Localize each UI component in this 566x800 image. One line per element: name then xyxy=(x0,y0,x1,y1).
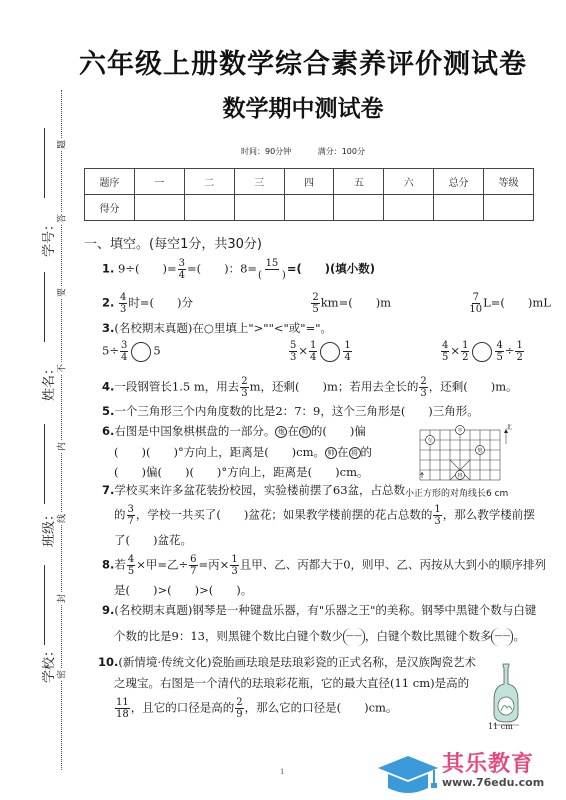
numerator: 3 xyxy=(127,504,135,516)
name-line[interactable] xyxy=(44,272,45,342)
q1-text: =( )(填小数) xyxy=(287,262,375,276)
q5-text: 一个三角形三个内角度数的比是2：7：9，这个三角形是( )三角形。 xyxy=(114,404,478,418)
denominator: 5 xyxy=(442,352,448,363)
compare-circle[interactable] xyxy=(472,342,492,362)
q8-text: ×甲=乙÷ xyxy=(136,558,188,572)
numerator: 3 xyxy=(178,258,186,270)
header-cell: 五 xyxy=(334,169,384,195)
question-5: 5.一个三角形三个内角度数的比是2：7：9，这个三角形是( )三角形。 xyxy=(102,405,479,419)
chess-piece-icon: 帅 xyxy=(299,426,311,438)
denominator: 3 xyxy=(120,304,126,315)
header-cell: 三 xyxy=(234,169,284,195)
question-3-expressions: 5÷345 53×1414 45×1245÷12 xyxy=(102,340,525,363)
exam-time: 时间：90分钟 xyxy=(241,147,291,156)
q9-text: 个数的比是9：13，则黑键个数比白键个数少 xyxy=(114,629,343,643)
q6-text: ( )( )°方向上，距离是( )cm。 xyxy=(114,445,325,459)
fraction: 23 xyxy=(419,376,427,399)
denominator: 4 xyxy=(310,352,316,363)
vase-diameter-label: 11 cm xyxy=(488,722,513,731)
denominator: 3 xyxy=(241,388,247,399)
question-number: 8. xyxy=(102,558,114,572)
student-id-line[interactable] xyxy=(44,128,45,198)
denominator: 5 xyxy=(496,352,502,363)
denominator: 5 xyxy=(128,566,134,577)
header-cell: 一 xyxy=(134,169,184,195)
q2-text: km=( )m xyxy=(321,296,391,310)
fraction: 13 xyxy=(230,554,238,577)
school-label: 学校： xyxy=(38,644,57,683)
expr: 5÷ xyxy=(102,344,119,358)
q10-text: ，那么它的口径是( )cm。 xyxy=(245,701,398,715)
header-cell: 题序 xyxy=(85,169,135,195)
fraction: 14 xyxy=(343,340,351,363)
numerator: 4 xyxy=(495,340,503,352)
q7-text: ，学校一共买了( )盆花；如果教学楼前摆的花占总数的 xyxy=(136,508,432,522)
denominator: 4 xyxy=(344,352,350,363)
q9-text: 。 xyxy=(513,629,525,643)
fraction: 45 xyxy=(495,340,503,363)
question-number: 10. xyxy=(98,655,118,669)
numerator: 1 xyxy=(309,340,317,352)
numerator: 2 xyxy=(419,376,427,388)
numerator: 4 xyxy=(119,292,127,304)
numerator: 4 xyxy=(441,340,449,352)
question-6-line1: 6.右图是中国象棋棋盘的一部分。炮在帅的( )偏 xyxy=(102,425,366,439)
numerator: 1 xyxy=(433,504,441,516)
q4-text: m，还剩( )m；若用去全长的 xyxy=(250,380,419,394)
q8-text: 若 xyxy=(114,558,126,572)
question-6-line2: ( )( )°方向上，距离是( )cm。帅在将的 xyxy=(114,446,372,460)
question-7-line1: 7.学校买来许多盆花装扮校园，实验楼前摆了63盆，占总数 xyxy=(102,484,405,498)
denominator: 3 xyxy=(231,566,237,577)
watermark-url: www.76edu.com xyxy=(442,776,544,789)
fraction: 14 xyxy=(309,340,317,363)
denominator: 3 xyxy=(420,388,426,399)
q3-text: (名校期末真题)在○里填上">""<"或"="。 xyxy=(114,321,332,335)
page-number: 1 xyxy=(280,768,284,776)
operator: × xyxy=(450,344,460,358)
margin-char: 要 xyxy=(55,287,68,299)
answer-fraction-box[interactable]: —— xyxy=(343,628,365,646)
fraction: 37 xyxy=(127,504,135,527)
q2-text: 时=( )分 xyxy=(128,296,193,310)
chess-piece-pao: 炮 xyxy=(477,447,482,454)
score-cell[interactable] xyxy=(334,195,384,221)
numerator: 2 xyxy=(311,292,319,304)
fraction: 23 xyxy=(240,376,248,399)
q7-text: ，那么教学楼前摆 xyxy=(443,508,535,522)
denominator: 4 xyxy=(179,270,185,281)
question-2: 2. 43时=( )分 25km=( )m 710L=( )mL xyxy=(102,292,532,315)
q9-text: ，白键个数比黑键个数多 xyxy=(365,629,492,643)
score-cell[interactable] xyxy=(484,195,534,221)
fraction: 710 xyxy=(469,292,482,315)
numerator: 7 xyxy=(472,292,480,304)
question-10-line3: 1118，且它的口径是高的29，那么它的口径是( )cm。 xyxy=(114,697,397,720)
denominator: 5 xyxy=(312,304,318,315)
question-number: 5. xyxy=(102,404,114,418)
question-number: 4. xyxy=(102,380,114,394)
margin-char: 封 xyxy=(55,593,68,605)
header-cell: 二 xyxy=(184,169,234,195)
numerator: 6 xyxy=(189,554,197,566)
q10-text: 之瑰宝。右图是一个清代的珐琅彩花瓶，它的最大直径(11 cm)是高的 xyxy=(114,676,469,690)
denominator: 2 xyxy=(462,352,468,363)
question-number: 2. xyxy=(102,296,114,310)
section-heading: 一、填空。(每空1分，共30分) xyxy=(84,233,262,252)
question-9-line1: 9.(名校期末真题)钢琴是一种键盘乐器，有"乐器之王"的美称。钢琴中黑键个数与白… xyxy=(102,604,536,618)
question-7-line3: 了( )盆花。 xyxy=(114,534,192,548)
numerator: 2 xyxy=(240,376,248,388)
q4-text: 一段钢管长1.5 m，用去 xyxy=(114,380,239,394)
score-cell[interactable] xyxy=(134,195,184,221)
fraction: 25 xyxy=(311,292,319,315)
question-7-line2: 的37，学校一共买了( )盆花；如果教学楼前摆的花占总数的13，那么教学楼前摆 xyxy=(114,504,535,527)
chess-piece-zu: 卒 xyxy=(457,427,462,434)
question-number: 7. xyxy=(102,483,114,497)
question-number: 1. xyxy=(102,262,114,276)
exam-meta: 时间：90分钟 满分：100分 xyxy=(0,146,566,157)
numerator: 5 xyxy=(289,340,297,352)
numerator: 2 xyxy=(235,697,243,709)
denominator: 3 xyxy=(434,516,440,527)
q1-text: 9÷( )= xyxy=(118,262,177,276)
q10-text: ，且它的口径是高的 xyxy=(131,701,235,715)
fraction: 15( ) xyxy=(258,258,286,281)
question-6-line3: ( )偏( )( )°方向上，距离是( )cm。 xyxy=(114,466,369,480)
chess-piece-icon: 帅 xyxy=(325,447,337,459)
q6-text: 的( )偏 xyxy=(311,424,366,438)
q8-text: 是( )>( )>( )。 xyxy=(114,583,252,597)
numerator: 1 xyxy=(515,340,523,352)
operator: ÷ xyxy=(505,344,515,358)
q6-text: 的 xyxy=(361,445,373,459)
student-id-label: 学号： xyxy=(38,218,57,257)
denominator: 7 xyxy=(190,566,196,577)
q9-text: (名校期末真题)钢琴是一种键盘乐器，有"乐器之王"的美称。钢琴中黑键个数与白键 xyxy=(114,603,536,617)
q6-text: 右图是中国象棋棋盘的一部分。 xyxy=(114,424,275,438)
fraction: 34 xyxy=(120,340,128,363)
q2-text: L=( )mL xyxy=(483,296,551,310)
question-number: 6. xyxy=(102,424,114,438)
name-label: 姓名： xyxy=(38,362,57,401)
fraction: 1118 xyxy=(115,697,130,720)
q4-text: ，还剩( )m。 xyxy=(429,380,518,394)
header-cell: 六 xyxy=(384,169,434,195)
fraction: 29 xyxy=(235,697,243,720)
fraction: 53 xyxy=(289,340,297,363)
score-cell[interactable] xyxy=(434,195,484,221)
denominator: 10 xyxy=(469,304,482,315)
question-1: 1. 9÷( )=34=( )：8=15( )=( )(填小数) xyxy=(102,258,375,281)
score-table-score-row: 得分 xyxy=(85,195,534,221)
q6-text: ( )偏( )( )°方向上，距离是( )cm。 xyxy=(114,465,369,479)
q7-text: 了( )盆花。 xyxy=(114,533,192,547)
chess-piece-jiang: 将 xyxy=(457,472,462,479)
fraction: 34 xyxy=(178,258,186,281)
q8-text: 且甲、乙、丙都大于0，则甲、乙、丙按从大到小的顺序排列 xyxy=(240,558,546,572)
denominator: 4 xyxy=(121,352,127,363)
question-10-line2: 之瑰宝。右图是一个清代的珐琅彩花瓶，它的最大直径(11 cm)是高的 xyxy=(114,677,469,691)
fraction: 45 xyxy=(127,554,135,577)
score-cell[interactable] xyxy=(384,195,434,221)
compare-circle[interactable] xyxy=(320,342,340,362)
question-8-line2: 是( )>( )>( )。 xyxy=(114,584,252,598)
score-cell[interactable] xyxy=(234,195,284,221)
answer-fraction-box[interactable]: —— xyxy=(491,628,513,646)
header-cell: 四 xyxy=(284,169,334,195)
numerator: 3 xyxy=(120,340,128,352)
header-cell: 等级 xyxy=(484,169,534,195)
question-10-line1: 10.(新情境·传统文化)瓷胎画珐琅是珐琅彩瓷的正式名称，是汉族陶瓷艺术 xyxy=(98,656,476,670)
q7-text: 的 xyxy=(114,508,126,522)
question-9-line2: 个数的比是9：13，则黑键个数比白键个数少——，白键个数比黑键个数多——。 xyxy=(114,628,525,646)
chess-piece-che: 车 xyxy=(427,437,432,444)
expr: 5 xyxy=(153,344,160,358)
watermark-brand: 其乐教育 xyxy=(442,747,534,778)
chess-piece-icon: 炮 xyxy=(275,426,287,438)
chessboard-figure: 车 卒 炮 将 北 xyxy=(418,424,514,484)
denominator: 3 xyxy=(290,352,296,363)
vase-illustration xyxy=(492,662,520,728)
exam-full-score: 满分：100分 xyxy=(318,147,365,156)
fraction: 67 xyxy=(189,554,197,577)
question-3: 3.(名校期末真题)在○里填上">""<"或"="。 xyxy=(102,322,332,336)
fraction: 13 xyxy=(433,504,441,527)
numerator: 1 xyxy=(343,340,351,352)
numerator: 15 xyxy=(265,258,280,270)
operator: × xyxy=(298,344,308,358)
chess-piece-icon: 将 xyxy=(349,447,361,459)
denominator: 18 xyxy=(116,709,129,720)
school-line[interactable] xyxy=(44,565,45,645)
margin-char: 题 xyxy=(55,139,68,151)
score-table: 题序 一 二 三 四 五 六 总分 等级 得分 xyxy=(84,168,534,221)
denominator: 7 xyxy=(128,516,134,527)
sub-title: 数学期中测试卷 xyxy=(0,90,566,123)
question-number: 3. xyxy=(102,321,114,335)
score-cell[interactable] xyxy=(284,195,334,221)
q1-text: =( )：8= xyxy=(187,262,257,276)
question-8-line1: 8.若45×甲=乙÷67=丙×13且甲、乙、丙都大于0，则甲、乙、丙按从大到小的… xyxy=(102,554,546,577)
header-cell: 总分 xyxy=(434,169,484,195)
main-title: 六年级上册数学综合素养评价测试卷 xyxy=(0,42,566,81)
fraction: 12 xyxy=(515,340,523,363)
score-row-label: 得分 xyxy=(85,195,135,221)
numerator: 1 xyxy=(461,340,469,352)
q10-text: (新情境·传统文化)瓷胎画珐琅是珐琅彩瓷的正式名称，是汉族陶瓷艺术 xyxy=(118,655,476,669)
class-line[interactable] xyxy=(44,424,45,504)
q7-text: 学校买来许多盆花装扮校园，实验楼前摆了63盆，占总数 xyxy=(114,483,405,497)
numerator: 11 xyxy=(115,697,130,709)
fraction: 43 xyxy=(119,292,127,315)
denominator: 2 xyxy=(516,352,522,363)
chess-caption: 小正方形的对角线长6 cm xyxy=(405,486,508,499)
fraction: 45 xyxy=(441,340,449,363)
denominator: 9 xyxy=(236,709,242,720)
svg-text:北: 北 xyxy=(506,424,512,431)
compare-circle[interactable] xyxy=(131,342,151,362)
numerator: 1 xyxy=(230,554,238,566)
score-cell[interactable] xyxy=(184,195,234,221)
fraction: 12 xyxy=(461,340,469,363)
q6-text: 在 xyxy=(287,424,299,438)
margin-char: 内 xyxy=(55,441,68,453)
q6-text: 在 xyxy=(337,445,349,459)
score-table-header-row: 题序 一 二 三 四 五 六 总分 等级 xyxy=(85,169,534,195)
q8-text: =丙× xyxy=(199,558,230,572)
question-number: 9. xyxy=(102,603,114,617)
denominator: ( ) xyxy=(258,270,286,281)
question-4: 4.一段钢管长1.5 m，用去23m，还剩( )m；若用去全长的23，还剩( )… xyxy=(102,376,518,399)
numerator: 4 xyxy=(127,554,135,566)
class-label: 班级： xyxy=(38,508,57,547)
